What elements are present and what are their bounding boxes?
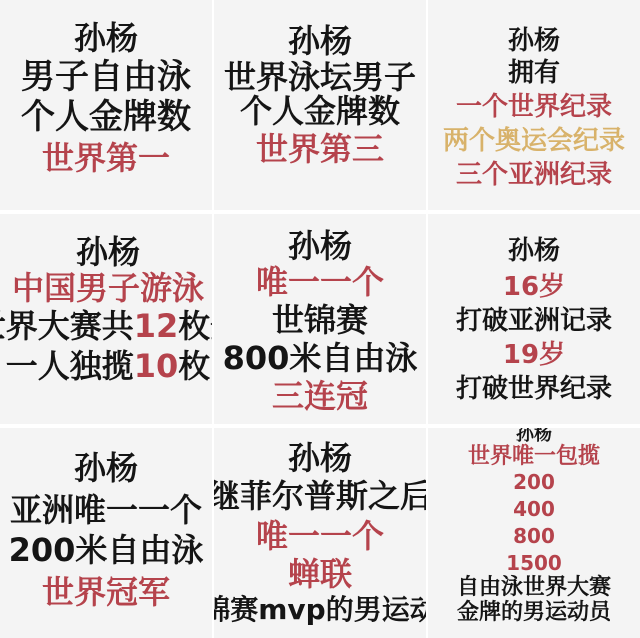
panel-3-line-3: 一个世界纪录 — [456, 94, 612, 120]
panel-4-line-4-number: 10 — [134, 347, 179, 385]
panel-2-line-1: 孙杨 — [288, 25, 352, 57]
panel-8: 孙杨 继菲尔普斯之后 唯一一个 蝉联 世锦赛mvp的男运动员 — [214, 428, 426, 638]
panel-4-line-4-part-1: 一人独揽 — [6, 347, 134, 385]
panel-3: 孙杨 拥有 一个世界纪录 两个奥运会纪录 三个亚洲纪录 — [428, 0, 640, 210]
panel-7: 孙杨 亚洲唯一一个 200米自由泳 世界冠军 — [0, 428, 212, 638]
panel-9-line-4: 400 — [513, 499, 555, 519]
panel-9-line-2: 世界唯一包揽 — [468, 446, 600, 468]
panel-9-line-1: 孙杨 — [516, 428, 552, 444]
panel-1-line-1: 孙杨 — [74, 22, 138, 54]
panel-3-line-4: 两个奥运会纪录 — [443, 128, 625, 154]
image-grid: 孙杨 男子自由泳 个人金牌数 世界第一 孙杨 世界泳坛男子 个人金牌数 世界第三… — [0, 0, 640, 638]
panel-3-line-2: 拥有 — [508, 60, 560, 86]
panel-9: 孙杨 世界唯一包揽 200 400 800 1500 自由泳世界大赛 金牌的男运… — [428, 428, 640, 638]
panel-5-line-1: 孙杨 — [288, 230, 352, 262]
panel-1: 孙杨 男子自由泳 个人金牌数 世界第一 — [0, 0, 212, 210]
panel-9-line-7: 自由泳世界大赛 — [457, 577, 611, 599]
panel-7-line-4: 世界冠军 — [42, 576, 170, 608]
panel-4-line-3-part-1: 世界大赛共 — [0, 307, 134, 345]
panel-3-line-1: 孙杨 — [508, 28, 560, 54]
panel-5-line-4: 800米自由泳 — [223, 342, 418, 374]
panel-8-line-3: 唯一一个 — [256, 520, 384, 552]
panel-7-line-2: 亚洲唯一一个 — [10, 494, 202, 526]
panel-4-line-3: 世界大赛共12枚金 — [0, 310, 212, 342]
panel-2: 孙杨 世界泳坛男子 个人金牌数 世界第三 — [214, 0, 426, 210]
panel-5: 孙杨 唯一一个 世锦赛 800米自由泳 三连冠 — [214, 214, 426, 424]
panel-1-line-4: 世界第一 — [42, 142, 170, 174]
panel-6-line-5: 打破世界纪录 — [456, 376, 612, 402]
panel-9-line-8: 金牌的男运动员 — [457, 602, 611, 624]
panel-4: 孙杨 中国男子游泳 世界大赛共12枚金 一人独揽10枚 — [0, 214, 212, 424]
panel-5-line-5: 三连冠 — [272, 380, 368, 412]
panel-6-line-1: 孙杨 — [508, 238, 560, 264]
panel-8-line-4: 蝉联 — [288, 558, 352, 590]
panel-4-line-4-part-3: 枚 — [178, 347, 210, 385]
panel-4-line-3-number: 12 — [134, 307, 179, 345]
panel-9-line-6: 1500 — [506, 553, 562, 573]
panel-7-line-1: 孙杨 — [74, 452, 138, 484]
panel-6-line-4: 19岁 — [503, 342, 565, 368]
panel-6-line-3: 打破亚洲记录 — [456, 308, 612, 334]
panel-8-line-2: 继菲尔普斯之后 — [214, 480, 426, 512]
panel-4-line-2: 中国男子游泳 — [12, 272, 204, 304]
panel-4-line-3-part-3: 枚金 — [178, 307, 212, 345]
panel-5-line-2: 唯一一个 — [256, 266, 384, 298]
panel-4-line-1: 孙杨 — [76, 236, 140, 268]
panel-8-line-5: 世锦赛mvp的男运动员 — [214, 596, 426, 624]
panel-1-line-3: 个人金牌数 — [21, 100, 191, 134]
panel-3-line-5: 三个亚洲纪录 — [456, 162, 612, 188]
panel-6: 孙杨 16岁 打破亚洲记录 19岁 打破世界纪录 — [428, 214, 640, 424]
panel-9-line-5: 800 — [513, 526, 555, 546]
panel-2-line-3: 个人金牌数 — [240, 95, 400, 127]
panel-2-line-4: 世界第三 — [256, 133, 384, 165]
panel-2-line-2: 世界泳坛男子 — [224, 61, 416, 93]
panel-5-line-3: 世锦赛 — [272, 304, 368, 336]
panel-7-line-3: 200米自由泳 — [9, 534, 204, 566]
panel-6-line-2: 16岁 — [503, 274, 565, 300]
panel-9-line-3: 200 — [513, 472, 555, 492]
panel-4-line-4: 一人独揽10枚 — [6, 350, 211, 382]
panel-1-line-2: 男子自由泳 — [21, 60, 191, 94]
panel-8-line-1: 孙杨 — [288, 442, 352, 474]
